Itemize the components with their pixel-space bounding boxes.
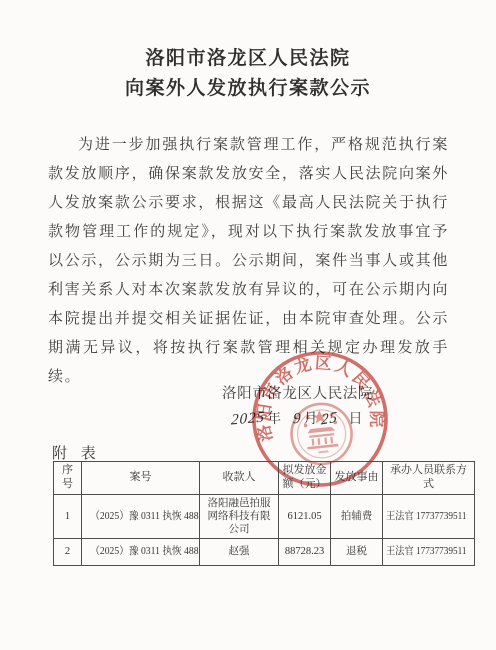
date-month-label: 月	[304, 412, 319, 427]
header-payee: 收款人	[200, 462, 279, 495]
cell-payee: 洛阳融邑拍服网络科技有限公司	[200, 494, 279, 538]
table-header-row: 序号 案号 收款人 拟发放金额（元） 发放事由 承办人员联系方式	[54, 462, 475, 495]
cell-amount: 88728.23	[279, 538, 331, 565]
table-row: 2 （2025）豫 0311 执恢 488 号 赵强 88728.23 退税 王…	[54, 538, 475, 565]
header-case-no: 案号	[82, 462, 200, 495]
document-title: 洛阳市洛龙区人民法院 向案外人发放执行案款公示	[0, 44, 496, 104]
cell-case-no: （2025）豫 0311 执恢 488 号	[82, 494, 200, 538]
cell-amount: 6121.05	[279, 494, 331, 538]
table-row: 1 （2025）豫 0311 执恢 488 号 洛阳融邑拍服网络科技有限公司 6…	[54, 494, 475, 538]
cell-case-no: （2025）豫 0311 执恢 488 号	[82, 538, 200, 565]
header-seq: 序号	[54, 462, 82, 495]
annex-table: 序号 案号 收款人 拟发放金额（元） 发放事由 承办人员联系方式 1 （2025…	[53, 461, 474, 566]
cell-reason: 退税	[331, 538, 383, 565]
header-amount: 拟发放金额（元）	[279, 462, 331, 495]
cell-seq: 2	[54, 538, 82, 565]
date-day-label: 日	[349, 412, 364, 427]
header-reason: 发放事由	[331, 462, 383, 495]
cell-seq: 1	[54, 494, 82, 538]
date-day-handwritten: 25	[320, 409, 337, 429]
header-contact: 承办人员联系方式	[383, 462, 475, 495]
cell-contact: 王法官 17737739511	[383, 538, 475, 565]
notice-body-paragraph: 为进一步加强执行案款管理工作，严格规范执行案款发放顺序，确保案款发放安全，落实人…	[48, 131, 449, 392]
date-month-handwritten: 9	[293, 411, 302, 429]
signature-court-name: 洛阳市洛龙区人民法院	[222, 382, 373, 403]
date-year-label: 年	[267, 412, 282, 427]
court-notice-document: 洛阳市洛龙区人民法院 向案外人发放执行案款公示 为进一步加强执行案款管理工作，严…	[0, 0, 496, 650]
annex-table-label: 附 表	[52, 442, 101, 463]
cell-reason: 拍辅费	[331, 494, 383, 538]
cell-payee: 赵强	[200, 538, 279, 565]
title-notice-name: 向案外人发放执行案款公示	[0, 74, 496, 104]
signature-date: 2025年9月25日	[229, 408, 364, 428]
stamp-emblem-gate	[306, 426, 339, 454]
date-year-handwritten: 2025	[231, 409, 266, 429]
cell-contact: 王法官 17737739511	[383, 494, 475, 538]
title-court-name: 洛阳市洛龙区人民法院	[0, 44, 496, 74]
